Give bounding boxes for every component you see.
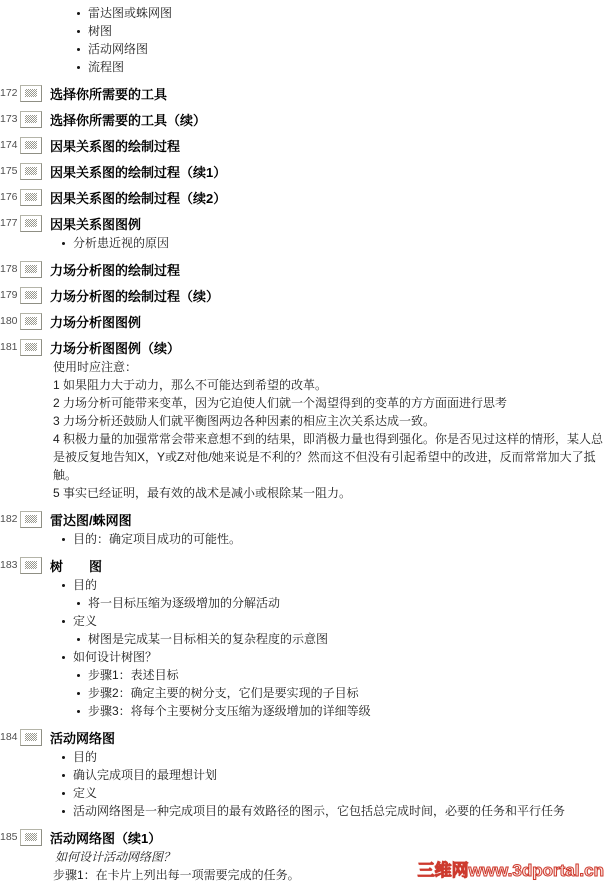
slide-row-182: 182 雷达图/蛛网图 [0,510,610,528]
bullet-text: 步骤1：表述目标 [88,668,179,682]
slide-title[interactable]: 力场分析图的绘制过程（续） [50,286,219,305]
bullet-dot-icon [62,792,65,795]
bullet-text: 树图 [88,24,112,38]
slide-title[interactable]: 因果关系图的绘制过程（续1） [50,162,226,181]
bullet-text: 定义 [73,786,97,800]
slide-content: 雷达图或蛛网图树图活动网络图流程图 [0,4,610,76]
slide-number: 182 [0,513,15,525]
bullet-dot-icon [62,242,65,245]
slide-thumbnail-pattern [25,515,37,523]
bullet-dot-icon [62,656,65,659]
outline-bullet-item[interactable]: 树图 [0,22,610,40]
bullet-dot-icon [62,620,65,623]
bullet-text: 树图是完成某一目标相关的复杂程度的示意图 [88,632,328,646]
outline-bullet-item[interactable]: 目的 [0,748,610,766]
slide-row-180: 180 力场分析图图例 [0,312,610,330]
slide-row-176: 176 因果关系图的绘制过程（续2） [0,188,610,206]
slide-title[interactable]: 因果关系图的绘制过程 [50,136,180,155]
slide-content: 目的将一目标压缩为逐级增加的分解活动定义树图是完成某一目标相关的复杂程度的示意图… [0,576,610,720]
watermark: 三维网www.3dportal.cn [418,856,604,881]
slide-number: 172 [0,87,15,99]
slide-number: 185 [0,831,15,843]
bullet-text: 目的 [73,578,97,592]
bullet-dot-icon [62,584,65,587]
bullet-dot-icon [62,810,65,813]
slide-content: 目的确认完成项目的最理想计划定义活动网络图是一种完成项目的最有效路径的图示，它包… [0,748,610,820]
slide-thumbnail-pattern [25,89,37,97]
outline-bullet-item[interactable]: 流程图 [0,58,610,76]
bullet-text: 活动网络图 [88,42,148,56]
slide-number: 173 [0,113,15,125]
outline-bullet-item[interactable]: 确认完成项目的最理想计划 [0,766,610,784]
bullet-dot-icon [77,710,80,713]
bullet-dot-icon [77,692,80,695]
outline-bullet-item[interactable]: 目的 [0,576,610,594]
slide-thumbnail-pattern [25,343,37,351]
slide-number: 174 [0,139,15,151]
slide-thumbnail-icon[interactable] [20,557,42,574]
slide-thumbnail-pattern [25,561,37,569]
slide-thumbnail-icon[interactable] [20,215,42,232]
bullet-text: 流程图 [88,60,124,74]
bullet-dot-icon [62,538,65,541]
bullet-text: 如何设计树图？ [73,650,157,664]
slide-row-179: 179 力场分析图的绘制过程（续） [0,286,610,304]
slide-thumbnail-icon[interactable] [20,189,42,206]
slide-thumbnail-pattern [25,265,37,273]
slide-thumbnail-pattern [25,733,37,741]
slide-thumbnail-icon[interactable] [20,261,42,278]
bullet-text: 步骤2：确定主要的树分支，它们是要实现的子目标 [88,686,359,700]
slide-thumbnail-icon[interactable] [20,163,42,180]
slide-content: 使用时应注意：1 如果阻力大于动力，那么不可能达到希望的改革。2 力场分析可能带… [0,358,610,502]
slide-thumbnail-icon[interactable] [20,511,42,528]
bullet-dot-icon [77,12,80,15]
outline-text-line[interactable]: 4 积极力量的加强常常会带来意想不到的结果，即消极力量也得到强化。你是否见过这样… [0,430,610,484]
outline-bullet-item[interactable]: 步骤3：将每个主要树分支压缩为逐级增加的详细等级 [0,702,610,720]
slide-row-185: 185 活动网络图（续1） [0,828,610,846]
slide-number: 181 [0,341,15,353]
bullet-dot-icon [62,756,65,759]
outline-bullet-item[interactable]: 分析患近视的原因 [0,234,610,252]
slide-row-178: 178 力场分析图的绘制过程 [0,260,610,278]
slide-title[interactable]: 活动网络图 [50,728,115,747]
bullet-text: 确认完成项目的最理想计划 [73,768,217,782]
slide-thumbnail-icon[interactable] [20,339,42,356]
slide-thumbnail-pattern [25,167,37,175]
outline-text-line[interactable]: 使用时应注意： [0,358,610,376]
slide-number: 176 [0,191,15,203]
outline-bullet-item[interactable]: 步骤2：确定主要的树分支，它们是要实现的子目标 [0,684,610,702]
slide-number: 177 [0,217,15,229]
bullet-text: 分析患近视的原因 [73,236,169,250]
slide-title[interactable]: 因果关系图的绘制过程（续2） [50,188,226,207]
slide-thumbnail-pattern [25,115,37,123]
outline-list: 雷达图或蛛网图树图活动网络图流程图 172 选择你所需要的工具 173 选择你所… [0,0,610,884]
slide-number: 175 [0,165,15,177]
slide-title[interactable]: 树 图 [50,556,102,575]
slide-thumbnail-icon[interactable] [20,85,42,102]
slide-title[interactable]: 因果关系图图例 [50,214,141,233]
outline-bullet-item[interactable]: 定义 [0,784,610,802]
bullet-dot-icon [77,674,80,677]
outline-bullet-item[interactable]: 步骤1：表述目标 [0,666,610,684]
slide-row-181: 181 力场分析图图例（续） [0,338,610,356]
slide-thumbnail-icon[interactable] [20,287,42,304]
slide-content: 分析患近视的原因 [0,234,610,252]
bullet-dot-icon [77,48,80,51]
bullet-text: 活动网络图是一种完成项目的最有效路径的图示，它包括总完成时间，必要的任务和平行任… [73,804,565,818]
slide-row-172: 172 选择你所需要的工具 [0,84,610,102]
outline-text-line[interactable]: 5 事实已经证明，最有效的战术是减小或根除某一阻力。 [0,484,610,502]
slide-title[interactable]: 选择你所需要的工具 [50,84,167,103]
bullet-text: 雷达图或蛛网图 [88,6,172,20]
slide-number: 183 [0,559,15,571]
bullet-text: 步骤3：将每个主要树分支压缩为逐级增加的详细等级 [88,704,371,718]
slide-thumbnail-pattern [25,141,37,149]
slide-thumbnail-icon[interactable] [20,313,42,330]
slide-number: 179 [0,289,15,301]
bullet-text: 定义 [73,614,97,628]
slide-title[interactable]: 力场分析图的绘制过程 [50,260,180,279]
slide-row-173: 173 选择你所需要的工具（续） [0,110,610,128]
slide-title[interactable]: 选择你所需要的工具（续） [50,110,206,129]
bullet-text: 目的：确定项目成功的可能性。 [73,532,241,546]
bullet-text: 目的 [73,750,97,764]
outline-text-line[interactable]: 1 如果阻力大于动力，那么不可能达到希望的改革。 [0,376,610,394]
slide-number: 184 [0,731,15,743]
bullet-text: 将一目标压缩为逐级增加的分解活动 [88,596,280,610]
slide-row-184: 184 活动网络图 [0,728,610,746]
bullet-dot-icon [62,774,65,777]
slide-thumbnail-pattern [25,317,37,325]
slide-row-175: 175 因果关系图的绘制过程（续1） [0,162,610,180]
slide-thumbnail-pattern [25,833,37,841]
slide-thumbnail-icon[interactable] [20,729,42,746]
slide-row-174: 174 因果关系图的绘制过程 [0,136,610,154]
bullet-dot-icon [77,602,80,605]
slide-thumbnail-pattern [25,291,37,299]
slide-number: 180 [0,315,15,327]
slide-thumbnail-icon[interactable] [20,111,42,128]
outline-bullet-item[interactable]: 目的：确定项目成功的可能性。 [0,530,610,548]
outline-bullet-item[interactable]: 雷达图或蛛网图 [0,4,610,22]
bullet-dot-icon [77,638,80,641]
outline-bullet-item[interactable]: 活动网络图是一种完成项目的最有效路径的图示，它包括总完成时间，必要的任务和平行任… [0,802,610,820]
outline-bullet-item[interactable]: 活动网络图 [0,40,610,58]
slide-title[interactable]: 力场分析图图例（续） [50,338,180,357]
slide-number: 178 [0,263,15,275]
bullet-dot-icon [77,30,80,33]
slide-title[interactable]: 雷达图/蛛网图 [50,510,132,529]
slide-content: 目的：确定项目成功的可能性。 [0,530,610,548]
bullet-dot-icon [77,66,80,69]
outline-bullet-item[interactable]: 将一目标压缩为逐级增加的分解活动 [0,594,610,612]
slide-row-183: 183 树 图 [0,556,610,574]
outline-text-line[interactable]: 2 力场分析可能带来变革，因为它迫使人们就一个渴望得到的变革的方方面面进行思考 [0,394,610,412]
outline-bullet-item[interactable]: 定义 [0,612,610,630]
slide-thumbnail-pattern [25,193,37,201]
outline-text-line[interactable]: 3 力场分析还鼓励人们就平衡图两边各种因素的相应主次关系达成一致。 [0,412,610,430]
slide-thumbnail-icon[interactable] [20,137,42,154]
outline-bullet-item[interactable]: 如何设计树图？ [0,648,610,666]
outline-pane: 雷达图或蛛网图树图活动网络图流程图 172 选择你所需要的工具 173 选择你所… [0,0,610,884]
slide-title[interactable]: 活动网络图（续1） [50,828,161,847]
slide-thumbnail-icon[interactable] [20,829,42,846]
slide-title[interactable]: 力场分析图图例 [50,312,141,331]
slide-row-177: 177 因果关系图图例 [0,214,610,232]
outline-bullet-item[interactable]: 树图是完成某一目标相关的复杂程度的示意图 [0,630,610,648]
slide-thumbnail-pattern [25,219,37,227]
